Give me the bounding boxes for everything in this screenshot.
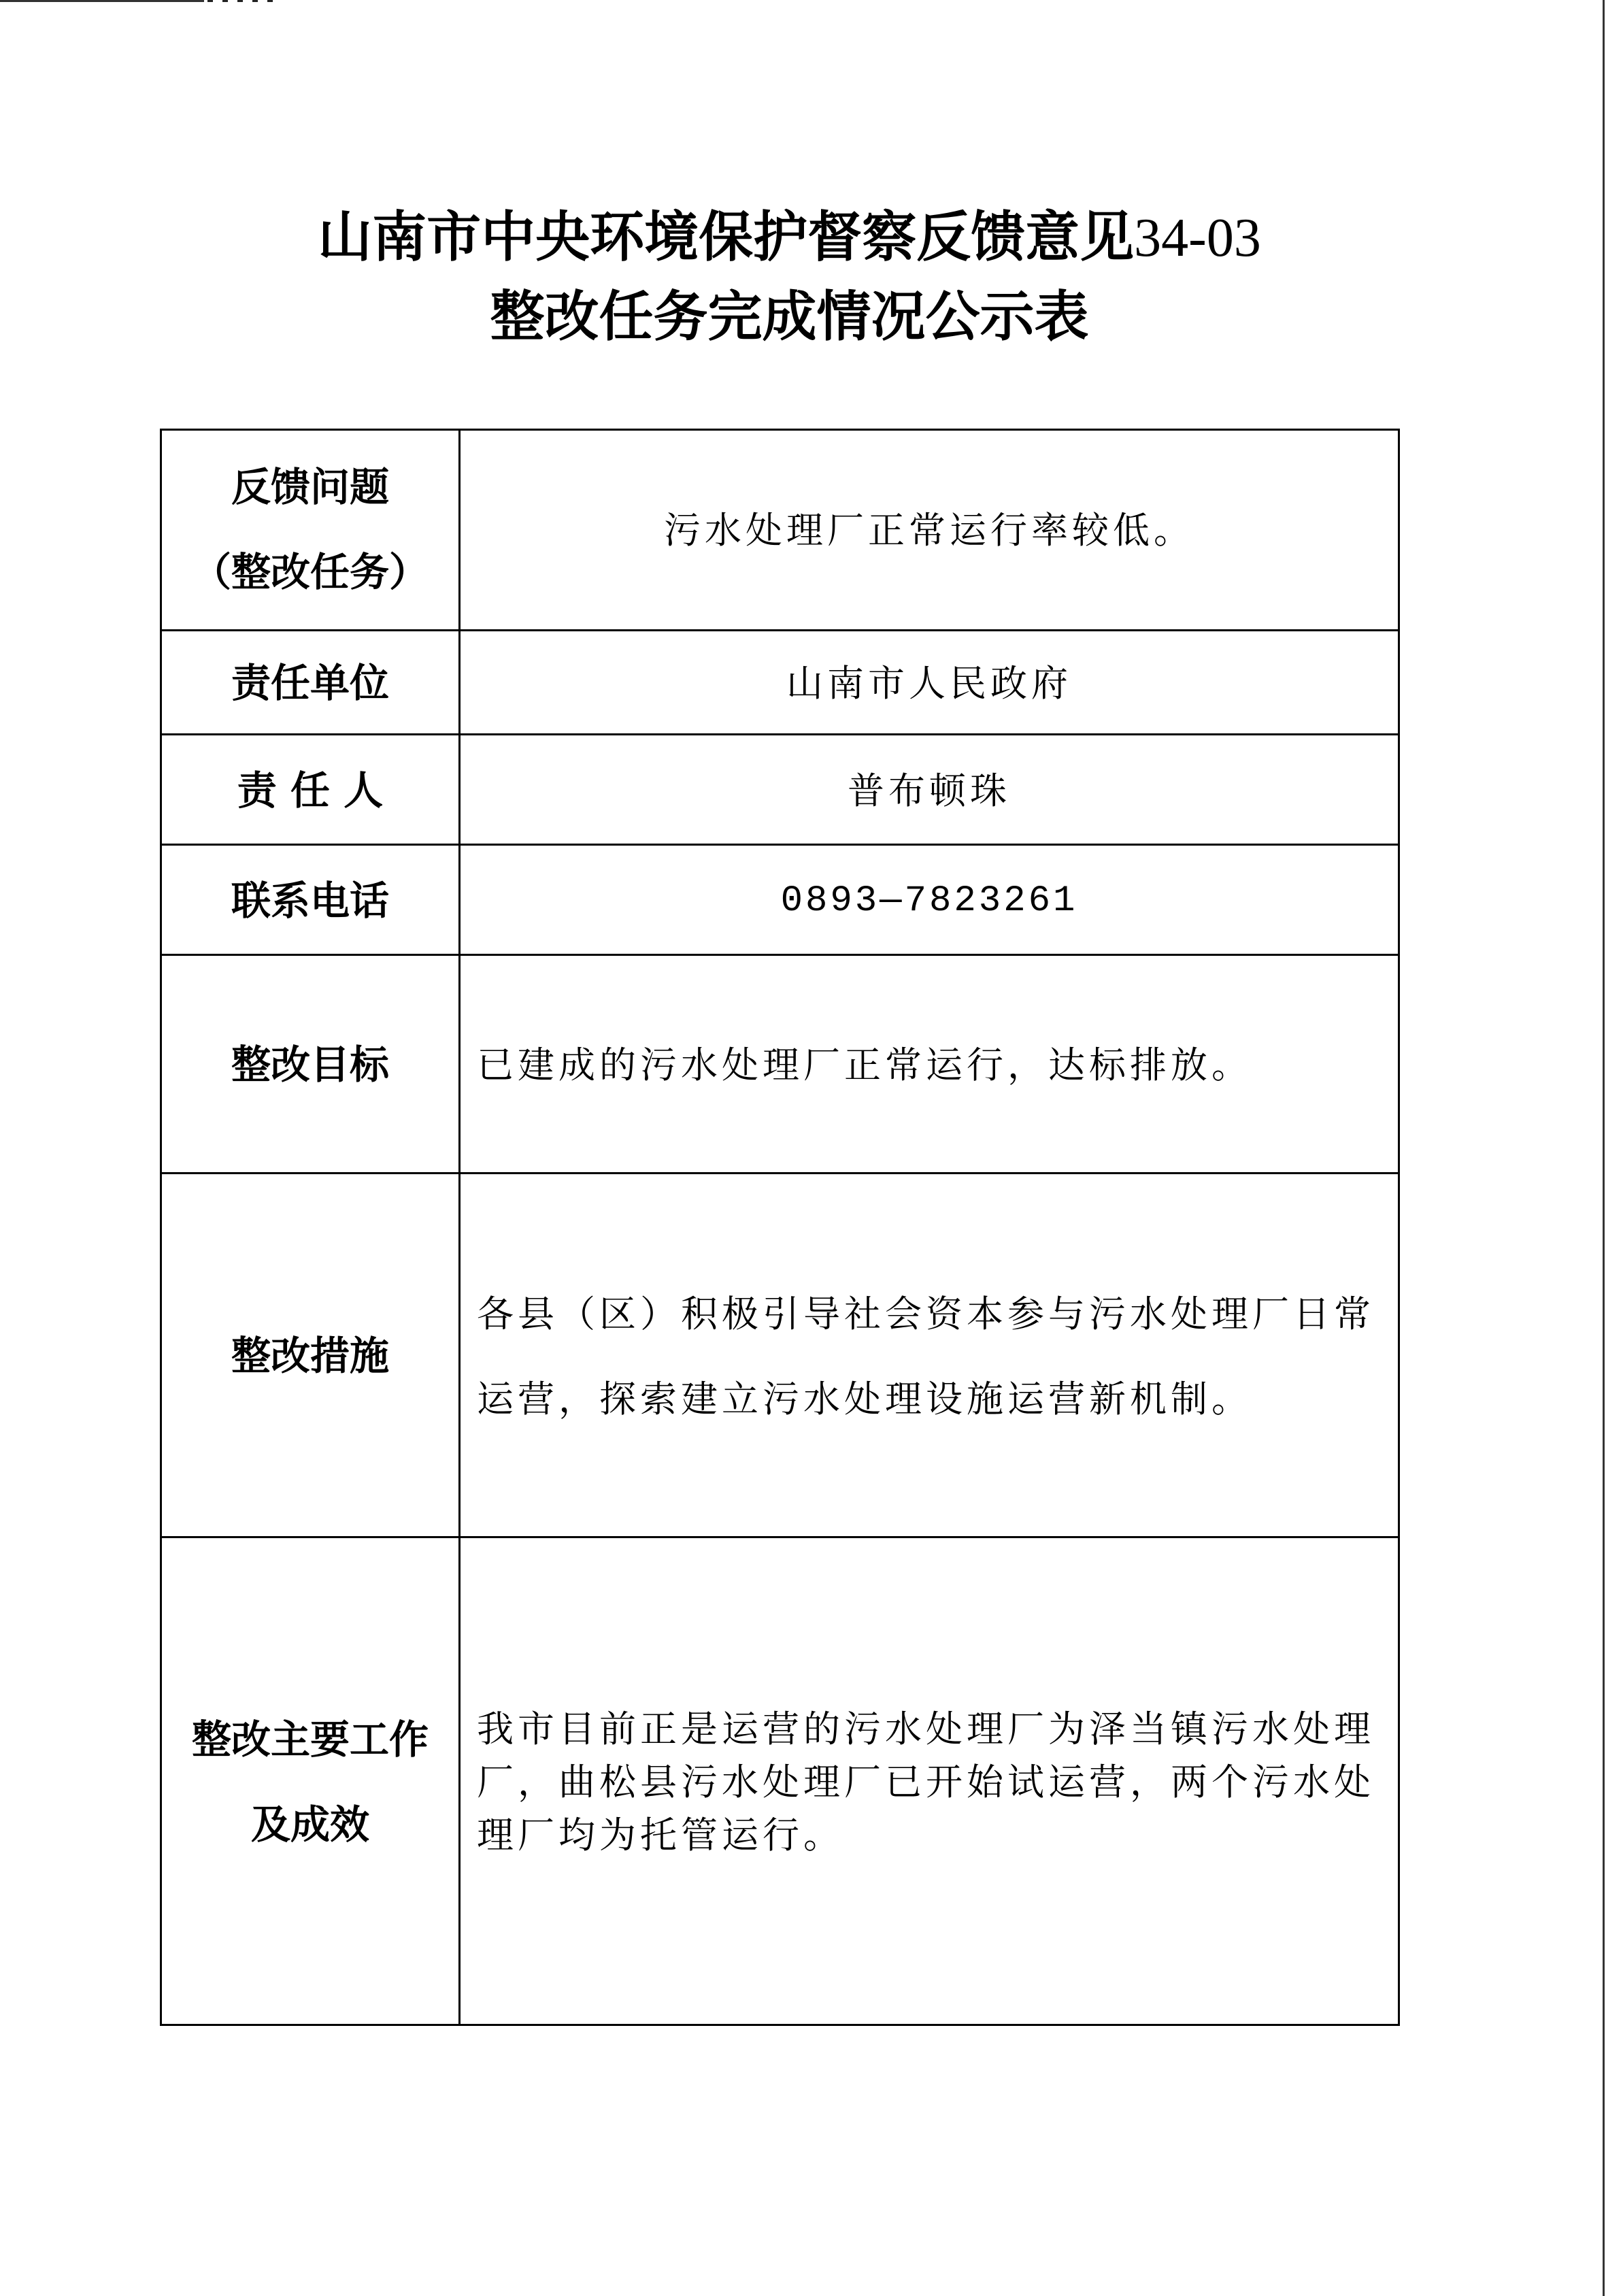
scan-artifact-edge <box>1603 0 1605 2296</box>
table-row-measures: 整改措施 各县（区）积极引导社会资本参与污水处理厂日常运营，探索建立污水处理设施… <box>162 1172 1398 1538</box>
label-text: 联系电话 <box>231 859 389 944</box>
value-cell: 普布顿珠 <box>461 735 1398 846</box>
label-cell: 整改主要工作 及成效 <box>162 1538 461 2026</box>
label-text: 责任单位 <box>231 641 389 726</box>
label-cell: 整改措施 <box>162 1174 461 1538</box>
table-row-target: 整改目标 已建成的污水处理厂正常运行，达标排放。 <box>162 954 1398 1174</box>
value-cell: 污水处理厂正常运行率较低。 <box>461 431 1398 629</box>
value-cell: 已建成的污水处理厂正常运行，达标排放。 <box>461 956 1398 1174</box>
label-cell: 联系电话 <box>162 846 461 956</box>
scan-artifact-line <box>0 0 204 2</box>
label-text: 整改主要工作 <box>192 1697 429 1782</box>
label-text: 责 任 人 <box>237 748 383 833</box>
label-text: 反馈问题 <box>231 445 389 530</box>
phone-value-cell: 0893—7823261 <box>461 846 1398 956</box>
title-code: 34-03 <box>1134 208 1261 268</box>
scan-artifact-marks <box>207 0 275 2</box>
label-cell: 责任单位 <box>162 631 461 735</box>
table-row-responsible-unit: 责任单位 山南市人民政府 <box>162 629 1398 735</box>
label-cell: 反馈问题 （整改任务） <box>162 431 461 629</box>
value-cell: 各县（区）积极引导社会资本参与污水处理厂日常运营，探索建立污水处理设施运营新机制… <box>461 1174 1398 1538</box>
label-cell: 责 任 人 <box>162 735 461 846</box>
page-title-line2: 整改任务完成情况公示表 <box>0 282 1592 350</box>
value-cell: 山南市人民政府 <box>461 631 1398 735</box>
label-text: （整改任务） <box>192 530 429 615</box>
table-row-contact-phone: 联系电话 0893—7823261 <box>162 844 1398 956</box>
table-row-responsible-person: 责 任 人 普布顿珠 <box>162 733 1398 846</box>
title-text: 山南市中央环境保护督察反馈意见 <box>318 205 1134 269</box>
rectification-table: 反馈问题 （整改任务） 污水处理厂正常运行率较低。 责任单位 山南市人民政府 责… <box>160 429 1400 2026</box>
label-cell: 整改目标 <box>162 956 461 1174</box>
label-text: 及成效 <box>251 1782 369 1867</box>
page-title-line1: 山南市中央环境保护督察反馈意见34-03 <box>0 203 1592 272</box>
table-row-feedback-issue: 反馈问题 （整改任务） 污水处理厂正常运行率较低。 <box>162 431 1398 629</box>
value-cell: 我市目前正是运营的污水处理厂为泽当镇污水处理厂，曲松县污水处理厂已开始试运营，两… <box>461 1538 1398 2026</box>
label-text: 整改措施 <box>231 1314 389 1399</box>
table-row-main-work-results: 整改主要工作 及成效 我市目前正是运营的污水处理厂为泽当镇污水处理厂，曲松县污水… <box>162 1536 1398 2026</box>
label-text: 整改目标 <box>231 1022 389 1108</box>
